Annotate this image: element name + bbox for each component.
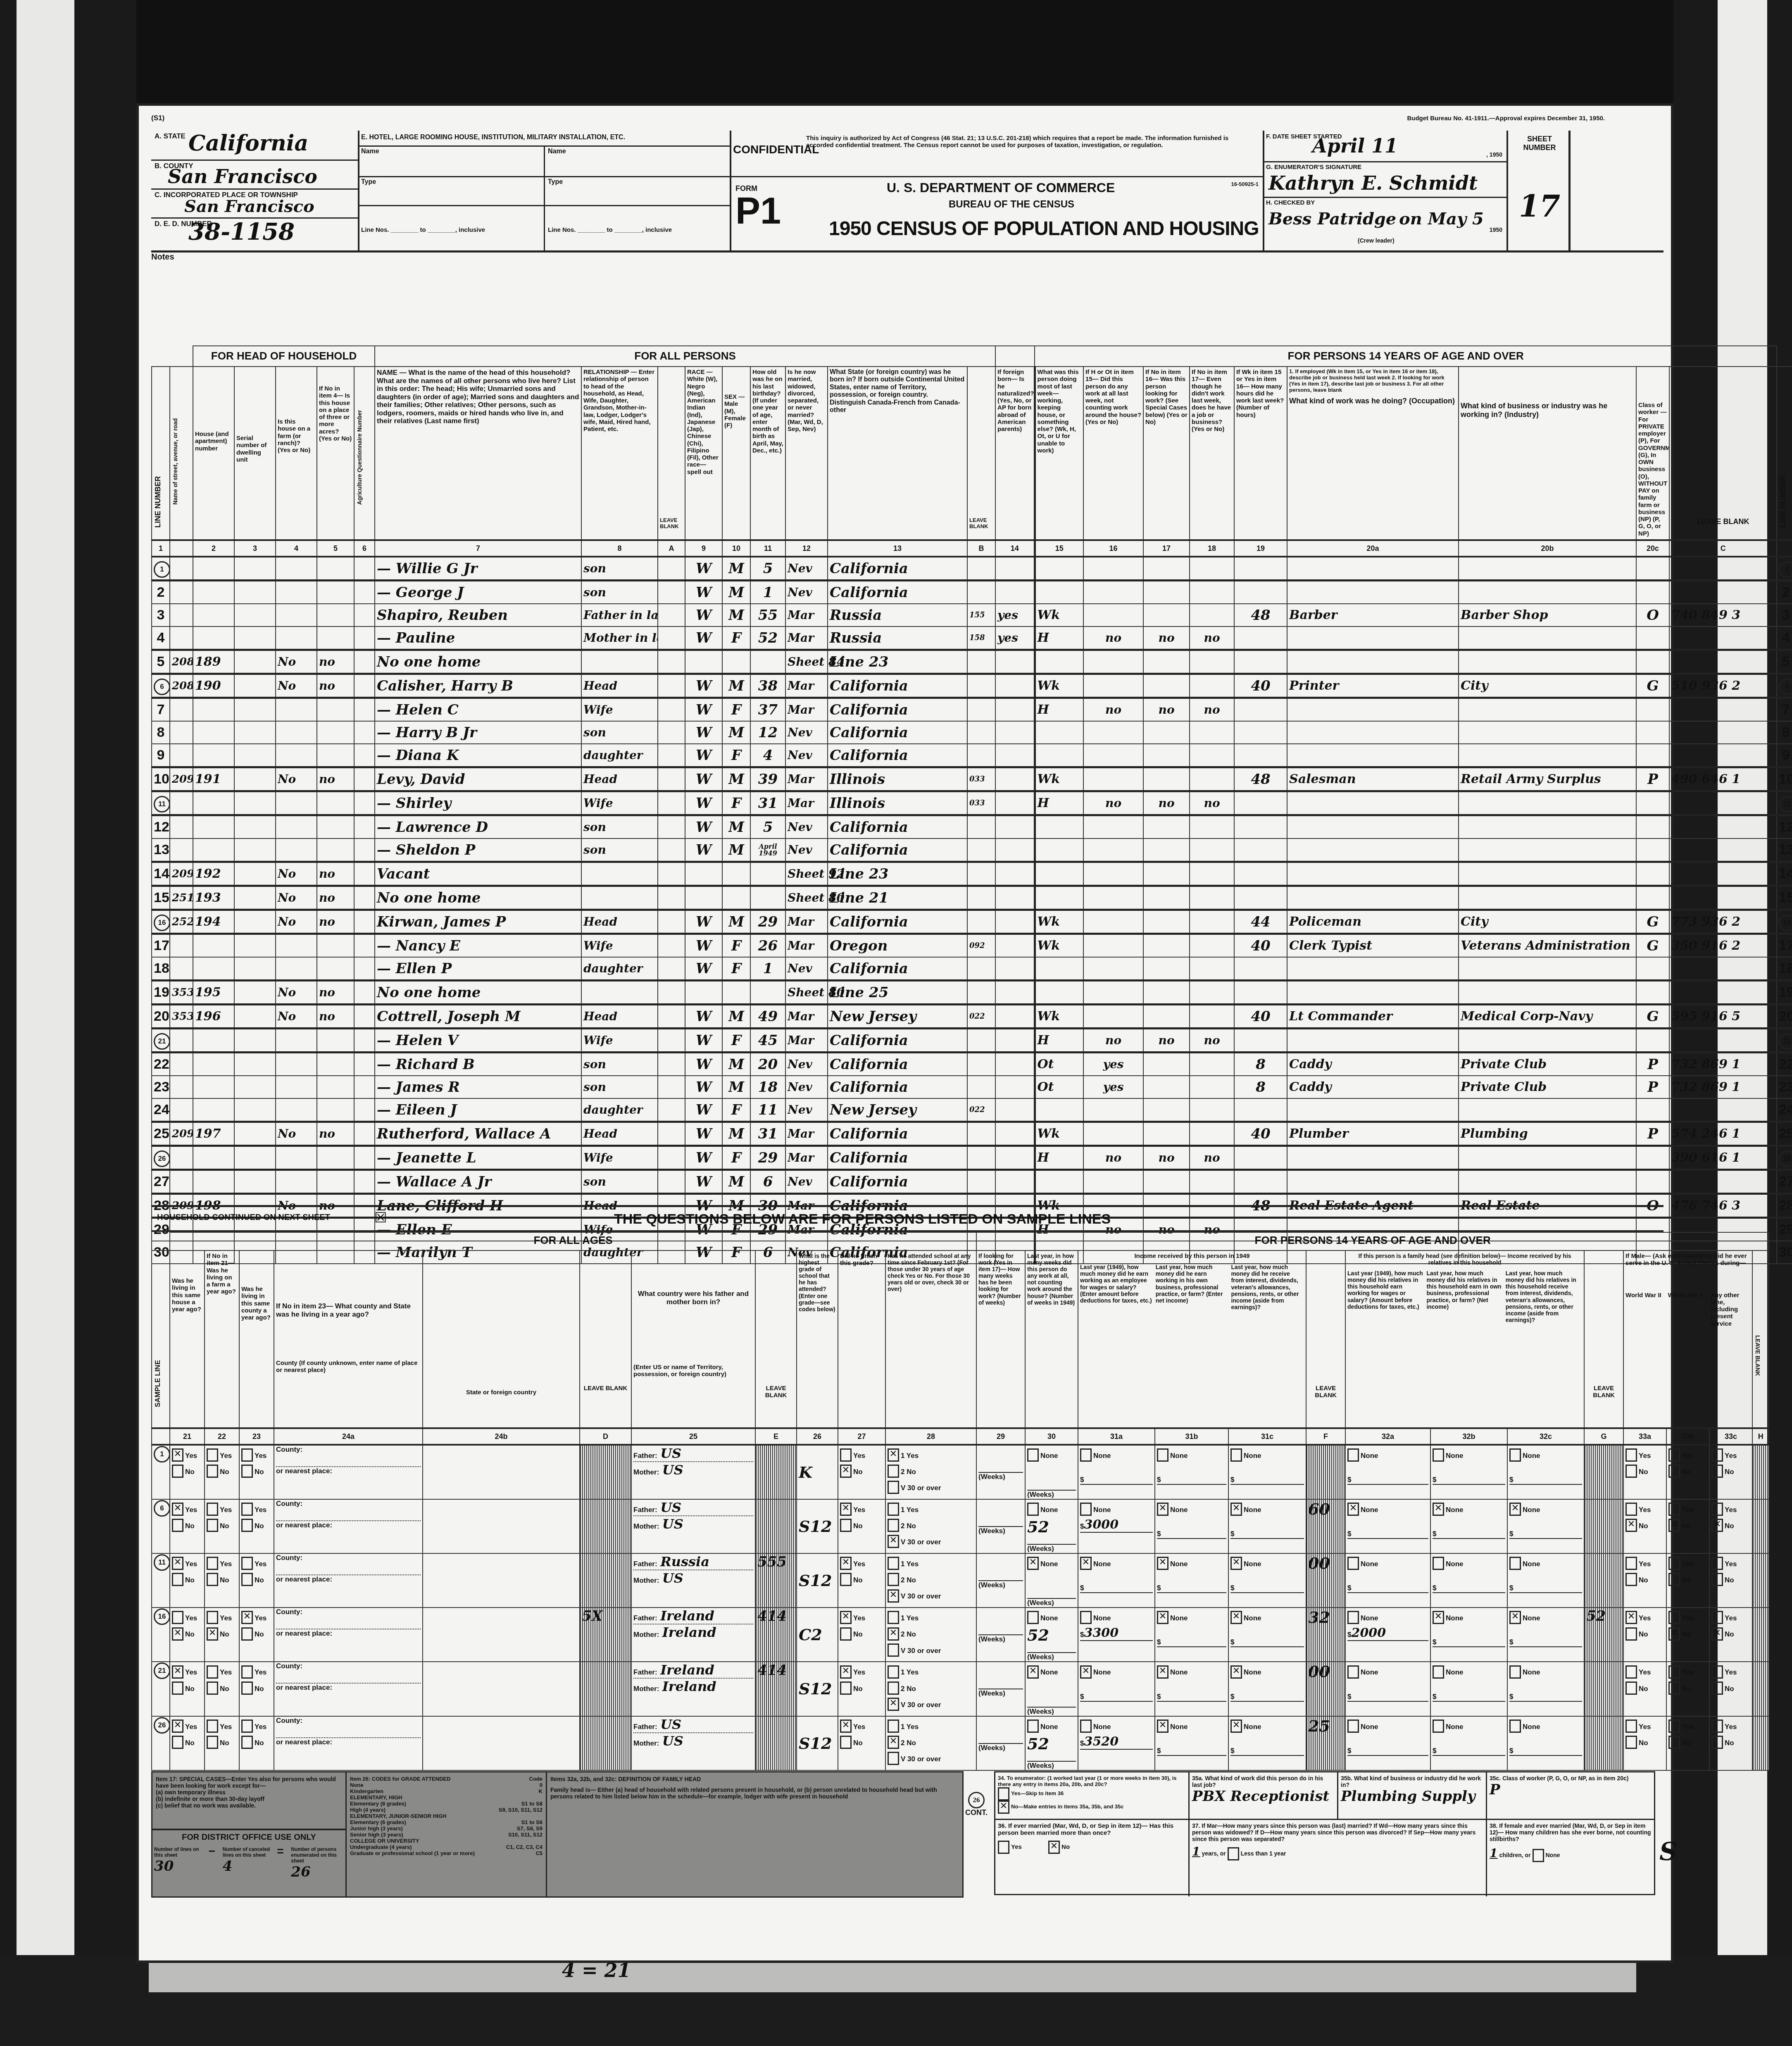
line-number: 7: [152, 698, 170, 722]
table-row: 2— George JsonWM1NevCalifornia2: [152, 581, 1792, 604]
c33a-yes-checkbox[interactable]: [1625, 1448, 1637, 1462]
c32b-none-checkbox[interactable]: [1433, 1557, 1444, 1570]
line-number-right: 13: [1777, 838, 1792, 862]
c31a-none-checkbox[interactable]: ✕: [1080, 1557, 1092, 1570]
c33c-yes-checkbox[interactable]: [1711, 1611, 1723, 1624]
c23-no-checkbox[interactable]: [241, 1682, 253, 1695]
c28-over30-checkbox[interactable]: [888, 1643, 899, 1657]
table-row: 12— Lawrence DsonWM5NevCalifornia12: [152, 815, 1792, 839]
serial-number: [234, 604, 276, 626]
serial-number: [234, 981, 276, 1005]
q36-no-checkbox[interactable]: ✕: [1048, 1841, 1060, 1854]
c21-yes-checkbox[interactable]: [172, 1611, 183, 1624]
c23-no-checkbox[interactable]: [241, 1465, 253, 1478]
c31c-none-checkbox[interactable]: ✕: [1230, 1503, 1242, 1516]
c27-no-checkbox[interactable]: [840, 1682, 852, 1695]
marital-status: Nev: [785, 957, 828, 981]
c22-no-checkbox[interactable]: [207, 1573, 218, 1586]
relationship: Head: [581, 910, 658, 934]
c32c-none-checkbox[interactable]: [1509, 1665, 1521, 1679]
street-number: [170, 815, 193, 839]
c33a-yes-checkbox[interactable]: [1625, 1665, 1637, 1679]
c27-yes-checkbox[interactable]: ✕: [840, 1611, 852, 1624]
c32c-none-checkbox[interactable]: ✕: [1509, 1503, 1521, 1516]
leave-blank-g: [1584, 1716, 1623, 1770]
c28-over30-checkbox[interactable]: [888, 1752, 899, 1765]
hours-worked: 40: [1234, 934, 1287, 957]
question-34: 34. To enumerator: (1 worked last year (…: [995, 1772, 1190, 1820]
relationship: [581, 650, 658, 674]
other-income: None$: [1228, 1445, 1306, 1499]
supplemental-questions: 34. To enumerator: (1 worked last year (…: [994, 1771, 1655, 1895]
grade-code-item: KindergartenK: [350, 1788, 543, 1794]
c30-none-checkbox[interactable]: ✕: [1027, 1665, 1039, 1679]
c31b-none-checkbox[interactable]: ✕: [1157, 1665, 1168, 1679]
has-job: [1190, 1076, 1234, 1098]
sample-line-number: 1: [152, 1445, 170, 1499]
c33c-no-checkbox[interactable]: [1711, 1573, 1723, 1586]
c28-no-checkbox[interactable]: [888, 1682, 899, 1695]
col-farm: Is this house on a farm (or ranch)? (Yes…: [276, 367, 317, 540]
street-number: 2518: [170, 886, 193, 910]
has-job: [1190, 674, 1234, 698]
c32a-none-checkbox[interactable]: ✕: [1347, 1503, 1359, 1516]
c30-none-checkbox[interactable]: [1027, 1611, 1039, 1624]
house-number: [193, 1029, 234, 1053]
street-number: [170, 1053, 193, 1076]
c27-no-checkbox[interactable]: [840, 1573, 852, 1586]
c33c-no-checkbox[interactable]: [1711, 1736, 1723, 1749]
c31a-none-checkbox[interactable]: [1080, 1611, 1092, 1624]
c31b-none-checkbox[interactable]: ✕: [1157, 1720, 1168, 1733]
farm-answer: [276, 838, 317, 862]
line-number: 6: [152, 674, 170, 698]
naturalized: [995, 791, 1035, 815]
c28-yes-checkbox[interactable]: [888, 1557, 899, 1570]
hours-worked: [1234, 886, 1287, 910]
state-value: California: [188, 131, 308, 156]
leave-blank-b: [967, 957, 995, 981]
c33a-no-checkbox[interactable]: [1625, 1573, 1637, 1586]
c27-yes-checkbox[interactable]: ✕: [840, 1557, 852, 1570]
street-number: [170, 838, 193, 862]
c22-yes-checkbox[interactable]: [207, 1557, 218, 1570]
c33c-no-checkbox[interactable]: [1711, 1682, 1723, 1695]
c33c-yes-checkbox[interactable]: [1711, 1665, 1723, 1679]
c22-no-checkbox[interactable]: ✕: [207, 1627, 218, 1641]
acres-answer: [317, 581, 354, 604]
col-line-number-right: LINE NUMBER: [1777, 367, 1792, 540]
c32a-none-checkbox[interactable]: [1347, 1611, 1359, 1624]
c32a-none-checkbox[interactable]: [1347, 1448, 1359, 1462]
race: W: [685, 767, 722, 791]
age: [750, 886, 785, 910]
father-birthplace: US: [660, 1500, 681, 1515]
c22-yes-checkbox[interactable]: [207, 1503, 218, 1516]
agri-questionnaire: [354, 910, 375, 934]
looking-for-work: [1143, 934, 1190, 957]
on-farm: YesNo: [205, 1662, 239, 1716]
c33c-no-checkbox[interactable]: ✕: [1711, 1519, 1723, 1532]
leave-blank-a: [658, 815, 685, 839]
c33b-no-checkbox[interactable]: ✕: [1668, 1627, 1680, 1641]
serial-number: [234, 581, 276, 604]
c33b-no-checkbox[interactable]: [1668, 1465, 1680, 1478]
leave-blank-e: [755, 1716, 797, 1770]
c28-no-checkbox[interactable]: ✕: [888, 1736, 899, 1749]
c27-yes-checkbox[interactable]: ✕: [840, 1665, 852, 1679]
house-number: [193, 1146, 234, 1170]
person-name: — Shirley: [375, 791, 581, 815]
birthplace: California: [828, 1170, 967, 1194]
industry: [1459, 557, 1636, 581]
c21-yes-checkbox[interactable]: ✕: [172, 1557, 183, 1570]
c32c-none-checkbox[interactable]: [1509, 1720, 1521, 1733]
c33b-yes-checkbox[interactable]: [1668, 1720, 1680, 1733]
c30-none-checkbox[interactable]: [1027, 1448, 1039, 1462]
leave-blank-b: [967, 1076, 995, 1098]
c28-no-checkbox[interactable]: [888, 1573, 899, 1586]
c30-none-checkbox[interactable]: [1027, 1503, 1039, 1516]
c23-no-checkbox[interactable]: [241, 1573, 253, 1586]
c33a-no-checkbox[interactable]: [1625, 1682, 1637, 1695]
c31b-none-checkbox[interactable]: ✕: [1157, 1611, 1168, 1624]
c31c-none-checkbox[interactable]: ✕: [1230, 1665, 1242, 1679]
leave-blank-d: [580, 1716, 631, 1770]
c33b-yes-checkbox[interactable]: [1668, 1503, 1680, 1516]
c31b-none-checkbox[interactable]: ✕: [1157, 1503, 1168, 1516]
c33c-no-checkbox[interactable]: [1711, 1465, 1723, 1478]
class-of-worker: P: [1636, 767, 1669, 791]
c33a-no-checkbox[interactable]: [1625, 1736, 1637, 1749]
serial-number: [234, 698, 276, 722]
leave-blank-a: [658, 981, 685, 1005]
c31b-none-checkbox[interactable]: ✕: [1157, 1557, 1168, 1570]
leave-blank-b: [967, 981, 995, 1005]
c21-no-checkbox[interactable]: [172, 1736, 183, 1749]
class-of-worker: [1636, 957, 1669, 981]
c27-no-checkbox[interactable]: [840, 1627, 852, 1641]
c23-no-checkbox[interactable]: [241, 1519, 253, 1532]
naturalized: [995, 744, 1035, 767]
sheet-number-label: SHEET NUMBER: [1519, 135, 1560, 152]
table-row: 203536196NonoCottrell, Joseph MHeadWM49M…: [152, 1005, 1792, 1029]
table-row: 102091191NonoLevy, DavidHeadWM39MarIllin…: [152, 767, 1792, 791]
c31c-none-checkbox[interactable]: [1230, 1448, 1242, 1462]
line-number-right: 18: [1777, 957, 1792, 981]
c27-yes-checkbox[interactable]: ✕: [840, 1720, 852, 1733]
naturalized: [995, 1170, 1035, 1194]
c31a-none-checkbox[interactable]: ✕: [1080, 1665, 1092, 1679]
c28-yes-checkbox[interactable]: [888, 1611, 899, 1624]
c22-no-checkbox[interactable]: [207, 1682, 218, 1695]
occupation: [1287, 721, 1459, 744]
c28-yes-checkbox[interactable]: [888, 1503, 899, 1516]
col-same-county: Was he living in this same county a year…: [239, 1250, 274, 1428]
c33a-yes-checkbox[interactable]: [1625, 1557, 1637, 1570]
c28-yes-checkbox[interactable]: [888, 1720, 899, 1733]
c28-over30-checkbox[interactable]: ✕: [888, 1535, 899, 1548]
looking-for-work: [1143, 650, 1190, 674]
c23-no-checkbox[interactable]: [241, 1736, 253, 1749]
c23-yes-checkbox[interactable]: [241, 1448, 253, 1462]
leave-blank-b: 022: [967, 1098, 995, 1122]
age: 31: [750, 1122, 785, 1146]
c32c-none-checkbox[interactable]: ✕: [1509, 1611, 1521, 1624]
serial-number: [234, 767, 276, 791]
family-business-income: None$: [1430, 1662, 1507, 1716]
c33a-no-checkbox[interactable]: ✕: [1625, 1519, 1637, 1532]
street-number: 2095: [170, 862, 193, 886]
c23-yes-checkbox[interactable]: [241, 1503, 253, 1516]
table-row: 7— Helen CWifeWF37MarCaliforniaHnonono7: [152, 698, 1792, 722]
activity: [1035, 581, 1083, 604]
c21-yes-checkbox[interactable]: ✕: [172, 1503, 183, 1516]
c33a-yes-checkbox[interactable]: [1625, 1503, 1637, 1516]
c22-no-checkbox[interactable]: [207, 1519, 218, 1532]
class-of-worker: G: [1636, 934, 1669, 957]
col-sample-line: SAMPLE LINE: [152, 1250, 170, 1428]
family-other-income: None$: [1507, 1445, 1584, 1499]
c28-yes-checkbox[interactable]: ✕: [888, 1448, 899, 1462]
c21-yes-checkbox[interactable]: ✕: [172, 1720, 183, 1733]
race: [685, 886, 722, 910]
any-work: [1083, 862, 1143, 886]
sex: F: [722, 791, 750, 815]
c33b-yes-checkbox[interactable]: [1668, 1557, 1680, 1570]
street-number: 2087: [170, 674, 193, 698]
c33b-no-checkbox[interactable]: [1668, 1736, 1680, 1749]
coding-leave-blank: [1669, 650, 1777, 674]
c22-yes-checkbox[interactable]: [207, 1448, 218, 1462]
any-work: yes: [1083, 1076, 1143, 1098]
c31a-none-checkbox[interactable]: [1080, 1720, 1092, 1733]
class-of-worker: G: [1636, 910, 1669, 934]
looking-for-work: [1143, 910, 1190, 934]
c32b-none-checkbox[interactable]: ✕: [1433, 1503, 1444, 1516]
serial-number: [234, 1053, 276, 1076]
acres-answer: [317, 1053, 354, 1076]
marital-status: Sheet 80: [785, 981, 828, 1005]
c28-over30-checkbox[interactable]: ✕: [888, 1589, 899, 1603]
leave-blank-b: [967, 674, 995, 698]
table-row: 17— Nancy EWifeWF26MarOregon092Wk40Clerk…: [152, 934, 1792, 957]
farm-answer: [276, 721, 317, 744]
q37-less-checkbox[interactable]: [1228, 1847, 1239, 1860]
race: W: [685, 721, 722, 744]
ww1-service: Yes✕No: [1666, 1608, 1709, 1662]
acres-answer: [317, 721, 354, 744]
occupation: Clerk Typist: [1287, 934, 1459, 957]
birthplace: Line 23: [828, 650, 967, 674]
col-activity: What was this person doing most of last …: [1035, 367, 1083, 540]
has-job: [1190, 557, 1234, 581]
naturalized: [995, 838, 1035, 862]
race: W: [685, 1170, 722, 1194]
finished-grade: ✕YesNo: [838, 1662, 885, 1716]
line-number-right: 15: [1777, 886, 1792, 910]
c32a-none-checkbox[interactable]: [1347, 1557, 1359, 1570]
c28-no-checkbox[interactable]: ✕: [888, 1627, 899, 1641]
c27-no-checkbox[interactable]: [840, 1736, 852, 1749]
any-work: [1083, 934, 1143, 957]
c32c-none-checkbox[interactable]: [1509, 1448, 1521, 1462]
occupation: [1287, 581, 1459, 604]
naturalized: [995, 910, 1035, 934]
c27-no-checkbox[interactable]: ✕: [840, 1465, 852, 1478]
q34-no-checkbox[interactable]: ✕: [998, 1801, 1009, 1814]
c21-no-checkbox[interactable]: [172, 1682, 183, 1695]
c22-yes-checkbox[interactable]: [207, 1665, 218, 1679]
leave-blank-a: [658, 1053, 685, 1076]
naturalized: [995, 767, 1035, 791]
c33b-no-checkbox[interactable]: ✕: [1668, 1519, 1680, 1532]
industry: Medical Corp-Navy: [1459, 1005, 1636, 1029]
c21-no-checkbox[interactable]: [172, 1465, 183, 1478]
c22-no-checkbox[interactable]: [207, 1736, 218, 1749]
c21-no-checkbox[interactable]: [172, 1573, 183, 1586]
grade-code-item: Undergraduate (4 years)C1, C2, C3, C4: [350, 1844, 543, 1850]
grade-code-item: None0: [350, 1782, 543, 1788]
family-business-income: None$: [1430, 1553, 1507, 1608]
c31c-none-checkbox[interactable]: ✕: [1230, 1557, 1242, 1570]
c22-yes-checkbox[interactable]: [207, 1720, 218, 1733]
grade-code-item: Graduate or professional school (1 year …: [350, 1850, 543, 1856]
race: W: [685, 1005, 722, 1029]
c30-none-checkbox[interactable]: ✕: [1027, 1557, 1039, 1570]
wage-income: ✕None$: [1078, 1662, 1155, 1716]
agri-questionnaire: [354, 886, 375, 910]
naturalized: [995, 650, 1035, 674]
col-industry: What kind of business or industry was he…: [1459, 367, 1636, 540]
table-row: 9— Diana KdaughterWF4NevCalifornia9: [152, 744, 1792, 767]
c21-yes-checkbox[interactable]: ✕: [172, 1665, 183, 1679]
family-other-income: None$: [1507, 1716, 1584, 1770]
farm-answer: No: [276, 1122, 317, 1146]
has-job: [1190, 862, 1234, 886]
line-number-right: 21: [1777, 1029, 1792, 1053]
c32b-none-checkbox[interactable]: ✕: [1433, 1611, 1444, 1624]
c21-yes-checkbox[interactable]: ✕: [172, 1448, 183, 1462]
class-of-worker: [1636, 1098, 1669, 1122]
relationship: son: [581, 581, 658, 604]
c23-yes-checkbox[interactable]: [241, 1557, 253, 1570]
c31c-none-checkbox[interactable]: ✕: [1230, 1611, 1242, 1624]
c28-over30-checkbox[interactable]: [888, 1481, 899, 1494]
c31c-none-checkbox[interactable]: ✕: [1230, 1720, 1242, 1733]
has-job: no: [1190, 1146, 1234, 1170]
col-birthplace: What State (or foreign country) was he b…: [828, 367, 967, 540]
c22-yes-checkbox[interactable]: [207, 1611, 218, 1624]
family-business-income: ✕None$: [1430, 1608, 1507, 1662]
sample-line-number: 26: [152, 1716, 170, 1770]
line-number-right: 2: [1777, 581, 1792, 604]
q38-none-checkbox[interactable]: [1533, 1849, 1544, 1862]
c33a-yes-checkbox[interactable]: ✕: [1625, 1611, 1637, 1624]
acres-answer: [317, 626, 354, 650]
c33a-no-checkbox[interactable]: [1625, 1627, 1637, 1641]
c33c-yes-checkbox[interactable]: [1711, 1557, 1723, 1570]
leave-blank-h: [1752, 1662, 1769, 1716]
col-same-house: Was he living in this same house a year …: [170, 1250, 205, 1428]
sample-line-number: 6: [152, 1499, 170, 1553]
hours-worked: 44: [1234, 910, 1287, 934]
naturalized: [995, 815, 1035, 839]
c33b-no-checkbox[interactable]: [1668, 1573, 1680, 1586]
household-continued-checkbox[interactable]: ☒: [374, 1210, 387, 1226]
c31b-none-checkbox[interactable]: [1157, 1448, 1168, 1462]
c32a-none-checkbox[interactable]: [1347, 1720, 1359, 1733]
q34-yes-checkbox[interactable]: [998, 1787, 1009, 1801]
activity: [1035, 557, 1083, 581]
c33a-no-checkbox[interactable]: [1625, 1465, 1637, 1478]
c31a-none-checkbox[interactable]: [1080, 1503, 1092, 1516]
race: W: [685, 838, 722, 862]
c30-none-checkbox[interactable]: [1027, 1720, 1039, 1733]
c22-no-checkbox[interactable]: [207, 1465, 218, 1478]
sex: [722, 886, 750, 910]
looking-for-work: no: [1143, 698, 1190, 722]
sex: M: [722, 838, 750, 862]
c23-yes-checkbox[interactable]: [241, 1665, 253, 1679]
marital-status: Nev: [785, 838, 828, 862]
c23-yes-checkbox[interactable]: [241, 1720, 253, 1733]
c33a-yes-checkbox[interactable]: [1625, 1720, 1637, 1733]
c23-no-checkbox[interactable]: [241, 1627, 253, 1641]
c33c-no-checkbox[interactable]: ✕: [1711, 1627, 1723, 1641]
c32b-none-checkbox[interactable]: [1433, 1448, 1444, 1462]
table-row: 1— Willie G JrsonWM5NevCalifornia1: [152, 557, 1792, 581]
c23-yes-checkbox[interactable]: ✕: [241, 1611, 253, 1624]
c33c-yes-checkbox[interactable]: [1711, 1720, 1723, 1733]
c32b-none-checkbox[interactable]: [1433, 1665, 1444, 1679]
serial-number: [234, 1146, 276, 1170]
c33c-yes-checkbox[interactable]: [1711, 1503, 1723, 1516]
col-name: NAME — What is the name of the head of t…: [375, 367, 581, 540]
leave-blank-g: [1584, 1662, 1623, 1716]
c28-no-checkbox[interactable]: [888, 1465, 899, 1478]
c27-no-checkbox[interactable]: [840, 1519, 852, 1532]
business-income: None$: [1155, 1445, 1228, 1499]
acres-answer: [317, 1146, 354, 1170]
c33b-yes-checkbox[interactable]: [1668, 1665, 1680, 1679]
c32b-none-checkbox[interactable]: [1433, 1720, 1444, 1733]
c32a-none-checkbox[interactable]: [1347, 1665, 1359, 1679]
c28-no-checkbox[interactable]: [888, 1519, 899, 1532]
c21-no-checkbox[interactable]: [172, 1519, 183, 1532]
c27-yes-checkbox[interactable]: [840, 1448, 852, 1462]
c33b-yes-checkbox[interactable]: [1668, 1448, 1680, 1462]
col-has-job: If No in item 17— Even though he didn't …: [1190, 367, 1234, 540]
c31a-none-checkbox[interactable]: [1080, 1448, 1092, 1462]
leave-blank-a: [658, 862, 685, 886]
c28-yes-checkbox[interactable]: [888, 1665, 899, 1679]
q36-yes-checkbox[interactable]: [998, 1841, 1009, 1854]
person-name: — Harry B Jr: [375, 721, 581, 744]
leave-blank-a: [658, 744, 685, 767]
c27-yes-checkbox[interactable]: ✕: [840, 1503, 852, 1516]
leave-blank-h: [1752, 1553, 1769, 1608]
coding-leave-blank: 732 869 1: [1669, 1053, 1777, 1076]
hours-worked: [1234, 862, 1287, 886]
c33c-yes-checkbox[interactable]: [1711, 1448, 1723, 1462]
c33b-no-checkbox[interactable]: [1668, 1682, 1680, 1695]
leave-blank-a: [658, 626, 685, 650]
c21-no-checkbox[interactable]: ✕: [172, 1627, 183, 1641]
c33b-yes-checkbox[interactable]: [1668, 1611, 1680, 1624]
c32c-none-checkbox[interactable]: [1509, 1557, 1521, 1570]
c28-over30-checkbox[interactable]: ✕: [888, 1698, 899, 1711]
